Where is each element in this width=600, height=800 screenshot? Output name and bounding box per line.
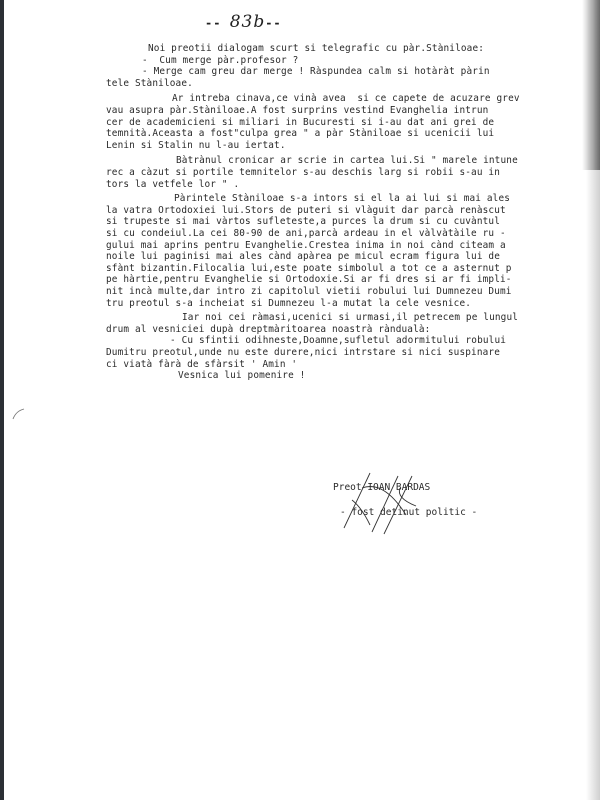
text-line: tors la vetfele lor " .	[106, 179, 239, 190]
margin-pen-mark	[12, 408, 32, 420]
text-line: Pàrintele Stàniloae s-a intors si el la …	[174, 193, 510, 204]
text-line: cer de academicieni si miliari in Bucure…	[106, 117, 494, 128]
text-line: vau asupra pàr.Stàniloae.A fost surprins…	[106, 105, 488, 116]
text-line: Dumitru preotul,unde nu este durere,nici…	[106, 347, 500, 358]
text-line: tele Stàniloae.	[106, 78, 193, 89]
text-line: Ar intreba cinava,ce vinà avea si ce cap…	[172, 93, 520, 104]
text-line: si trupeste si mai vàrtos sufleteste,a p…	[106, 216, 500, 227]
text-line: Noi preotii dialogam scurt si telegrafic…	[148, 43, 484, 54]
text-line: la vatra Ortodoxiei lui.Stors de puteri …	[106, 205, 506, 216]
text-line: ci viatà fàrà de sfàrsit ' Amin '	[106, 359, 297, 370]
text-line: Lenin si Stalin nu l-au iertat.	[106, 140, 286, 151]
text-line: noile lui paginisi mai ales cànd apàrea …	[106, 251, 500, 262]
text-line: sfànt bizantin.Filocalia lui,este poate …	[106, 263, 512, 274]
text-line: nit incà multe,dar intro zi capitolul vi…	[106, 286, 512, 297]
text-line: pe hàrtie,pentru Evanghelie si Ortodoxie…	[106, 274, 512, 285]
text-line: tru preotul s-a incheiat si Dumnezeu l-a…	[106, 298, 471, 309]
text-line: - Merge cam greu dar merge ! Ràspundea c…	[142, 66, 490, 77]
text-line: temnità.Aceasta a fost"culpa grea " a pà…	[106, 128, 494, 139]
scan-edge-left	[0, 0, 4, 800]
text-line: si cu condeiul.La cei 80-90 de ani,parcà…	[106, 228, 506, 239]
text-line: gului mai aprins pentru Evanghelie.Crest…	[106, 240, 506, 251]
page-number-value: 83b	[230, 12, 266, 32]
text-line: Vesnica lui pomenire !	[178, 370, 305, 381]
handwritten-signature	[340, 470, 430, 540]
text-line: drum al vesniciei dupà dreptmàritoarea n…	[106, 324, 430, 335]
scan-shadow-top-right	[582, 0, 600, 170]
text-line: Bàtrànul cronicar ar scrie in cartea lui…	[176, 155, 518, 166]
signature-title: - fost detinut politic -	[340, 507, 477, 518]
text-line: - Cu sfintii odihneste,Doamne,sufletul a…	[170, 335, 506, 346]
signature-name: Preot IOAN BARDAS	[333, 482, 430, 493]
text-line: - Cum merge pàr.profesor ?	[142, 55, 298, 66]
page-number: -- 83b--	[205, 12, 282, 32]
text-line: rec a càzut si portile temnitelor s-au d…	[106, 167, 500, 178]
text-line: Iar noi cei ràmasi,ucenici si urmasi,il …	[182, 312, 518, 323]
